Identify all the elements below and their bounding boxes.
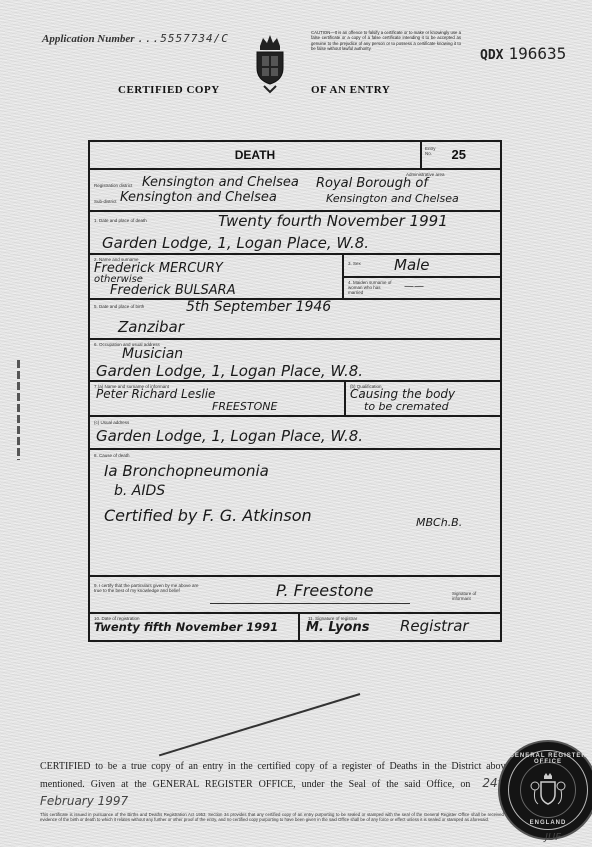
title-row: DEATH Entry No. 25 <box>90 142 500 170</box>
qualification-line1: Causing the body <box>350 387 455 401</box>
signature-line <box>210 603 410 604</box>
field-5-birth-row: 5. Date and place of birth 5th September… <box>90 300 500 340</box>
admin-area-line1: Royal Borough of <box>316 176 428 191</box>
of-an-entry-heading: OF AN ENTRY <box>311 84 390 96</box>
serial-number: QDX196635 <box>480 44 566 63</box>
qualification-cell: (b) Qualification Causing the body to be… <box>344 382 500 415</box>
informant-address-value: Garden Lodge, 1, Logan Place, W.8. <box>96 427 363 445</box>
occupation-value: Musician <box>122 346 183 362</box>
caution-notice: CAUTION—It is an offence to falsify a ce… <box>311 30 461 52</box>
sub-district-value: Kensington and Chelsea <box>120 190 277 205</box>
registration-date-cell: 10. Date of registration Twenty fifth No… <box>90 614 298 640</box>
general-register-office-seal-icon: GENERAL REGISTER OFFICE ENGLAND <box>500 742 592 838</box>
application-number-value: ...5557734/C <box>137 32 228 45</box>
application-number: Application Number ...5557734/C <box>42 32 229 45</box>
cancellation-stroke <box>159 693 360 756</box>
certified-by-line: Certified by F. G. Atkinson <box>104 506 312 525</box>
birth-place: Zanzibar <box>118 318 184 336</box>
field-7c-label: (c) Usual address <box>94 420 129 425</box>
informant-name-cell: 7.(a) Name and surname of informant Pete… <box>90 382 344 415</box>
district-row: Registration district Kensington and Che… <box>90 170 500 212</box>
entry-number-cell: Entry No. 25 <box>420 142 500 168</box>
field-7c-address-row: (c) Usual address Garden Lodge, 1, Logan… <box>90 417 500 450</box>
informant-name-line2: FREESTONE <box>212 400 277 413</box>
admin-area-line2: Kensington and Chelsea <box>326 192 459 205</box>
usual-address-value: Garden Lodge, 1, Logan Place, W.8. <box>96 362 363 380</box>
clerk-initials: JUF <box>545 832 561 843</box>
informant-signature: P. Freestone <box>276 581 373 600</box>
margin-mark <box>17 360 20 460</box>
field-9-label: 9. I certify that the particulars given … <box>94 583 204 593</box>
application-number-label: Application Number <box>42 33 135 45</box>
field-1-date: Twenty fourth November 1991 <box>218 212 448 230</box>
seal-top-text: GENERAL REGISTER OFFICE <box>500 753 592 765</box>
maiden-surname-value: —— <box>404 281 424 292</box>
coat-of-arms-icon <box>528 770 568 810</box>
name-line-3: Frederick BULSARA <box>110 283 236 298</box>
royal-crest-icon <box>252 32 288 94</box>
registration-district-label: Registration district <box>94 183 132 188</box>
seal-bottom-text: ENGLAND <box>500 820 592 826</box>
registration-district-value: Kensington and Chelsea <box>142 175 299 190</box>
certification-text: CERTIFIED to be a true copy of an entry … <box>40 761 510 790</box>
field-1-death-row: 1. Date and place of death Twenty fourth… <box>90 212 500 255</box>
qualification-line2: to be cremated <box>364 400 449 413</box>
field-2-4-row: 2. Name and surname Frederick MERCURY ot… <box>90 255 500 300</box>
form-title: DEATH <box>90 148 420 162</box>
field-10-11-row: 10. Date of registration Twenty fifth No… <box>90 614 500 640</box>
sex-cell: 3. Sex Male <box>344 255 500 278</box>
birth-date: 5th September 1946 <box>186 299 331 315</box>
registrar-title: Registrar <box>400 617 469 635</box>
legal-fine-print: This certificate is issued in pursuance … <box>40 812 510 822</box>
field-3-label: 3. Sex <box>348 261 361 266</box>
field-8-cause-row: 8. Cause of death Ia Bronchopneumonia b.… <box>90 450 500 577</box>
death-entry-form: DEATH Entry No. 25 Registration district… <box>88 140 502 642</box>
cause-line-2: b. AIDS <box>114 483 165 499</box>
field-7-informant-row: 7.(a) Name and surname of informant Pete… <box>90 382 500 417</box>
entry-number: 25 <box>452 147 466 162</box>
serial-prefix: QDX <box>480 48 503 63</box>
field-4-label: 4. Maiden surname of woman who has marri… <box>348 280 394 295</box>
sub-district-label: Sub-district <box>94 199 117 204</box>
field-9-certify-row: 9. I certify that the particulars given … <box>90 577 500 614</box>
serial-value: 196635 <box>508 44 566 63</box>
registrar-signature: M. Lyons <box>306 620 369 635</box>
field-8-label: 8. Cause of death <box>94 453 130 458</box>
field-6-occupation-row: 6. Occupation and usual address Musician… <box>90 340 500 382</box>
field-1-place: Garden Lodge, 1, Logan Place, W.8. <box>102 234 369 252</box>
name-cell: 2. Name and surname Frederick MERCURY ot… <box>90 255 342 298</box>
sex-maiden-cell: 3. Sex Male 4. Maiden surname of woman w… <box>342 255 500 298</box>
cause-line-1: Ia Bronchopneumonia <box>104 462 269 480</box>
registration-date-value: Twenty fifth November 1991 <box>94 620 278 634</box>
registrar-signature-cell: 11. Signature of registrar M. Lyons Regi… <box>298 614 500 640</box>
entry-label: Entry No. <box>425 146 443 156</box>
doctor-qualification: MBCh.B. <box>416 516 462 529</box>
field-5-label: 5. Date and place of birth <box>94 304 144 309</box>
sex-value: Male <box>394 256 430 274</box>
field-1-label: 1. Date and place of death <box>94 218 147 223</box>
informant-name-line1: Peter Richard Leslie <box>96 387 215 401</box>
certified-copy-heading: CERTIFIED COPY <box>118 84 220 96</box>
signature-of-informant-label: Signature of informant <box>452 591 488 601</box>
certification-statement: CERTIFIED to be a true copy of an entry … <box>40 759 510 811</box>
